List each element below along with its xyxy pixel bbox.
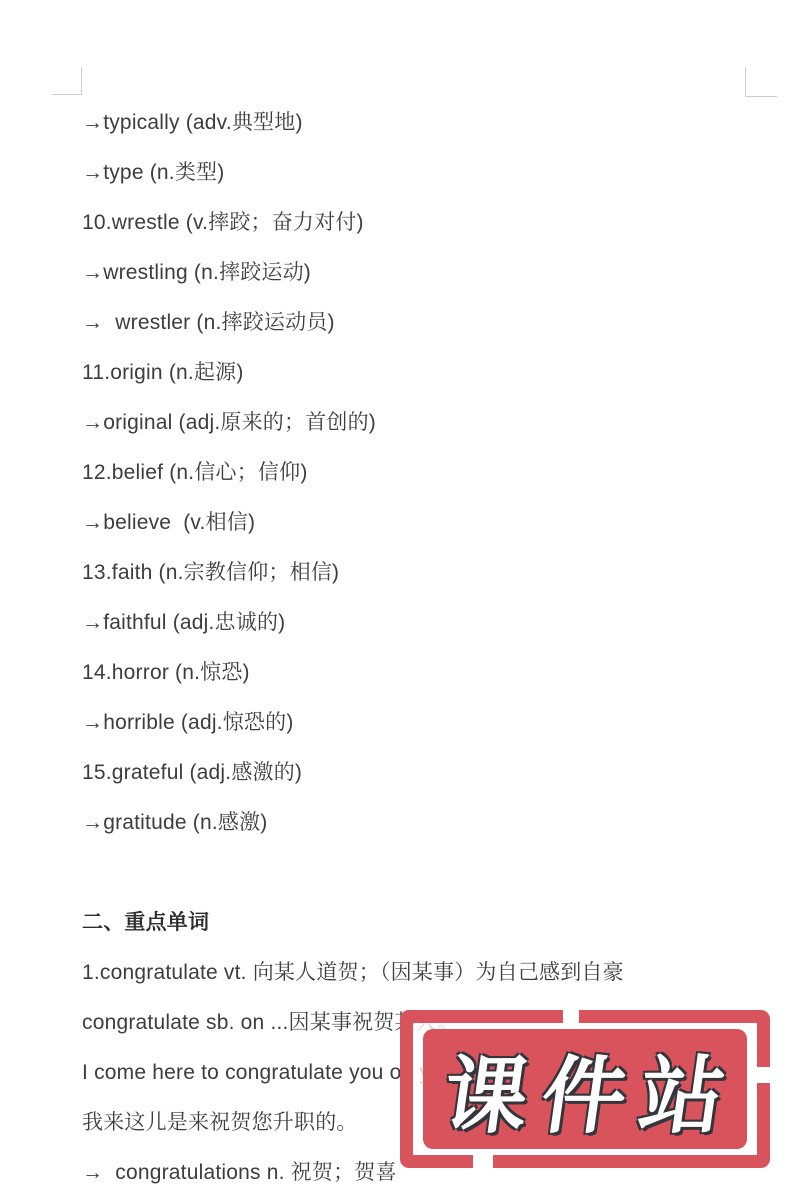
stamp-inner-box: 课件站 xyxy=(423,1029,747,1149)
margin-corner-mark-top-left xyxy=(52,67,82,95)
vocab-line: 14.horror (n.惊恐) xyxy=(82,648,747,698)
section-heading: 二、重点单词 xyxy=(82,898,747,948)
vocab-line: →typically (adv.典型地) xyxy=(82,98,747,148)
key-word-line: 1.congratulate vt. 向某人道贺；（因某事）为自己感到自豪 xyxy=(82,948,747,998)
vocab-line: 13.faith (n.宗教信仰；相信) xyxy=(82,548,747,598)
vocab-line: 15.grateful (adj.感激的) xyxy=(82,748,747,798)
stamp-text: 课件站 xyxy=(423,1029,747,1149)
vocab-line: →original (adj.原来的；首创的) xyxy=(82,398,747,448)
vocab-line: → wrestler (n.摔跤运动员) xyxy=(82,298,747,348)
vocab-line: →type (n.类型) xyxy=(82,148,747,198)
vocab-line: →gratitude (n.感激) xyxy=(82,798,747,848)
stamp-border-notch xyxy=(473,1155,493,1169)
vocab-line: 12.belief (n.信心；信仰) xyxy=(82,448,747,498)
vocab-line: →believe (v.相信) xyxy=(82,498,747,548)
vocab-line: →wrestling (n.摔跤运动) xyxy=(82,248,747,298)
vocab-line: →faithful (adj.忠诚的) xyxy=(82,598,747,648)
margin-corner-mark-top-right xyxy=(745,67,777,97)
stamp-border-notch xyxy=(757,1067,771,1083)
watermark-stamp: 课件站 xyxy=(400,1010,770,1168)
vocab-line: 10.wrestle (v.摔跤；奋力对付) xyxy=(82,198,747,248)
stamp-border-notch xyxy=(563,1009,579,1023)
blank-line xyxy=(82,848,747,898)
document-page: →typically (adv.典型地) →type (n.类型) 10.wre… xyxy=(0,0,800,1200)
vocab-line: 11.origin (n.起源) xyxy=(82,348,747,398)
vocab-line: →horrible (adj.惊恐的) xyxy=(82,698,747,748)
